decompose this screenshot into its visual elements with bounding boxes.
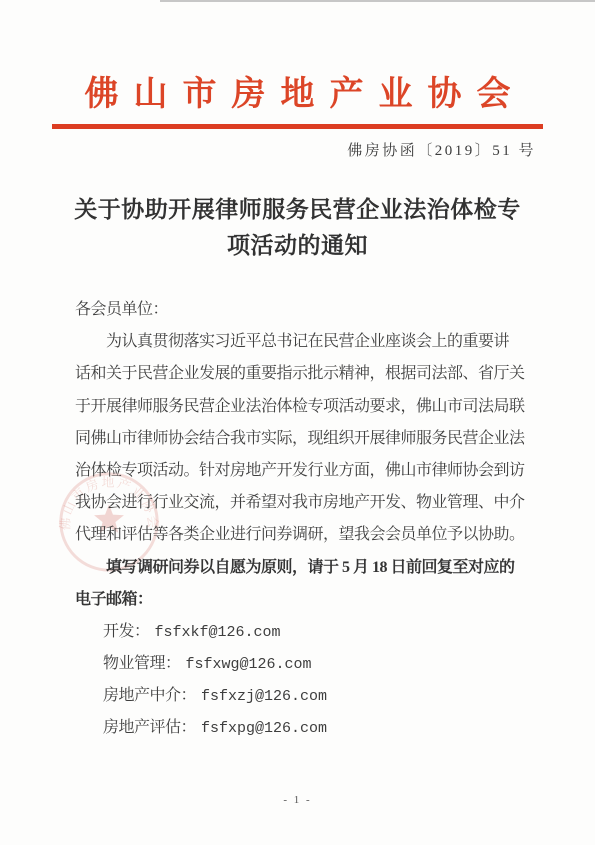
email-address: fsfxwg@126.com — [186, 656, 312, 673]
email-address: fsfxpg@126.com — [201, 720, 327, 737]
paragraph2-line: 填写调研问券以自愿为原则，请于 5 月 18 日前回复至对应的 — [75, 552, 522, 584]
document-title-line2: 项活动的通知 — [0, 228, 595, 264]
paragraph1-line: 话和关于民营企业发展的重要指示批示精神，根据司法部、省厅关 — [75, 358, 522, 390]
salutation: 各会员单位： — [75, 294, 522, 326]
document-title-line1: 关于协助开展律师服务民营企业法治体检专 — [0, 192, 595, 228]
scan-artifact-top — [160, 0, 595, 2]
paragraph1-line: 同佛山市律师协会结合我市实际，现组织开展律师服务民营企业法 — [75, 423, 522, 455]
paragraph1-line: 为认真贯彻落实习近平总书记在民营企业座谈会上的重要讲 — [75, 326, 522, 358]
email-label: 房地产评估： — [103, 719, 196, 736]
paragraph1-line: 于开展律师服务民营企业法治体检专项活动要求，佛山市司法局联 — [75, 391, 522, 423]
org-title: 佛山市房地产业协会 — [0, 66, 595, 115]
email-row-property-management: 物业管理：fsfxwg@126.com — [75, 648, 522, 680]
email-address: fsfxzj@126.com — [201, 688, 327, 705]
page-number: - 1 - — [0, 794, 595, 806]
email-label: 房地产中介： — [103, 687, 196, 704]
paragraph2-line: 电子邮箱： — [75, 584, 522, 616]
document-title: 关于协助开展律师服务民营企业法治体检专 项活动的通知 — [0, 192, 595, 263]
paragraph1-line: 治体检专项活动。针对房地产开发行业方面，佛山市律师协会到访 — [75, 455, 522, 487]
header-divider — [52, 124, 543, 129]
email-row-development: 开发：fsfxkf@126.com — [75, 616, 522, 648]
email-label: 开发： — [103, 623, 150, 640]
doc-number: 佛房协函〔2019〕51 号 — [347, 139, 536, 160]
document-body: 各会员单位： 为认真贯彻落实习近平总书记在民营企业座谈会上的重要讲 话和关于民营… — [75, 294, 522, 745]
document-page: 佛山市房地产业协会 佛房协函〔2019〕51 号 关于协助开展律师服务民营企业法… — [0, 0, 595, 845]
paragraph1-line: 代理和评估等各类企业进行问券调研，望我会会员单位予以协助。 — [75, 519, 522, 551]
email-row-agency: 房地产中介：fsfxzj@126.com — [75, 680, 522, 712]
email-label: 物业管理： — [103, 655, 181, 672]
paragraph1-line: 我协会进行行业交流，并希望对我市房地产开发、物业管理、中介 — [75, 487, 522, 519]
email-address: fsfxkf@126.com — [155, 624, 281, 641]
email-row-appraisal: 房地产评估：fsfxpg@126.com — [75, 712, 522, 744]
